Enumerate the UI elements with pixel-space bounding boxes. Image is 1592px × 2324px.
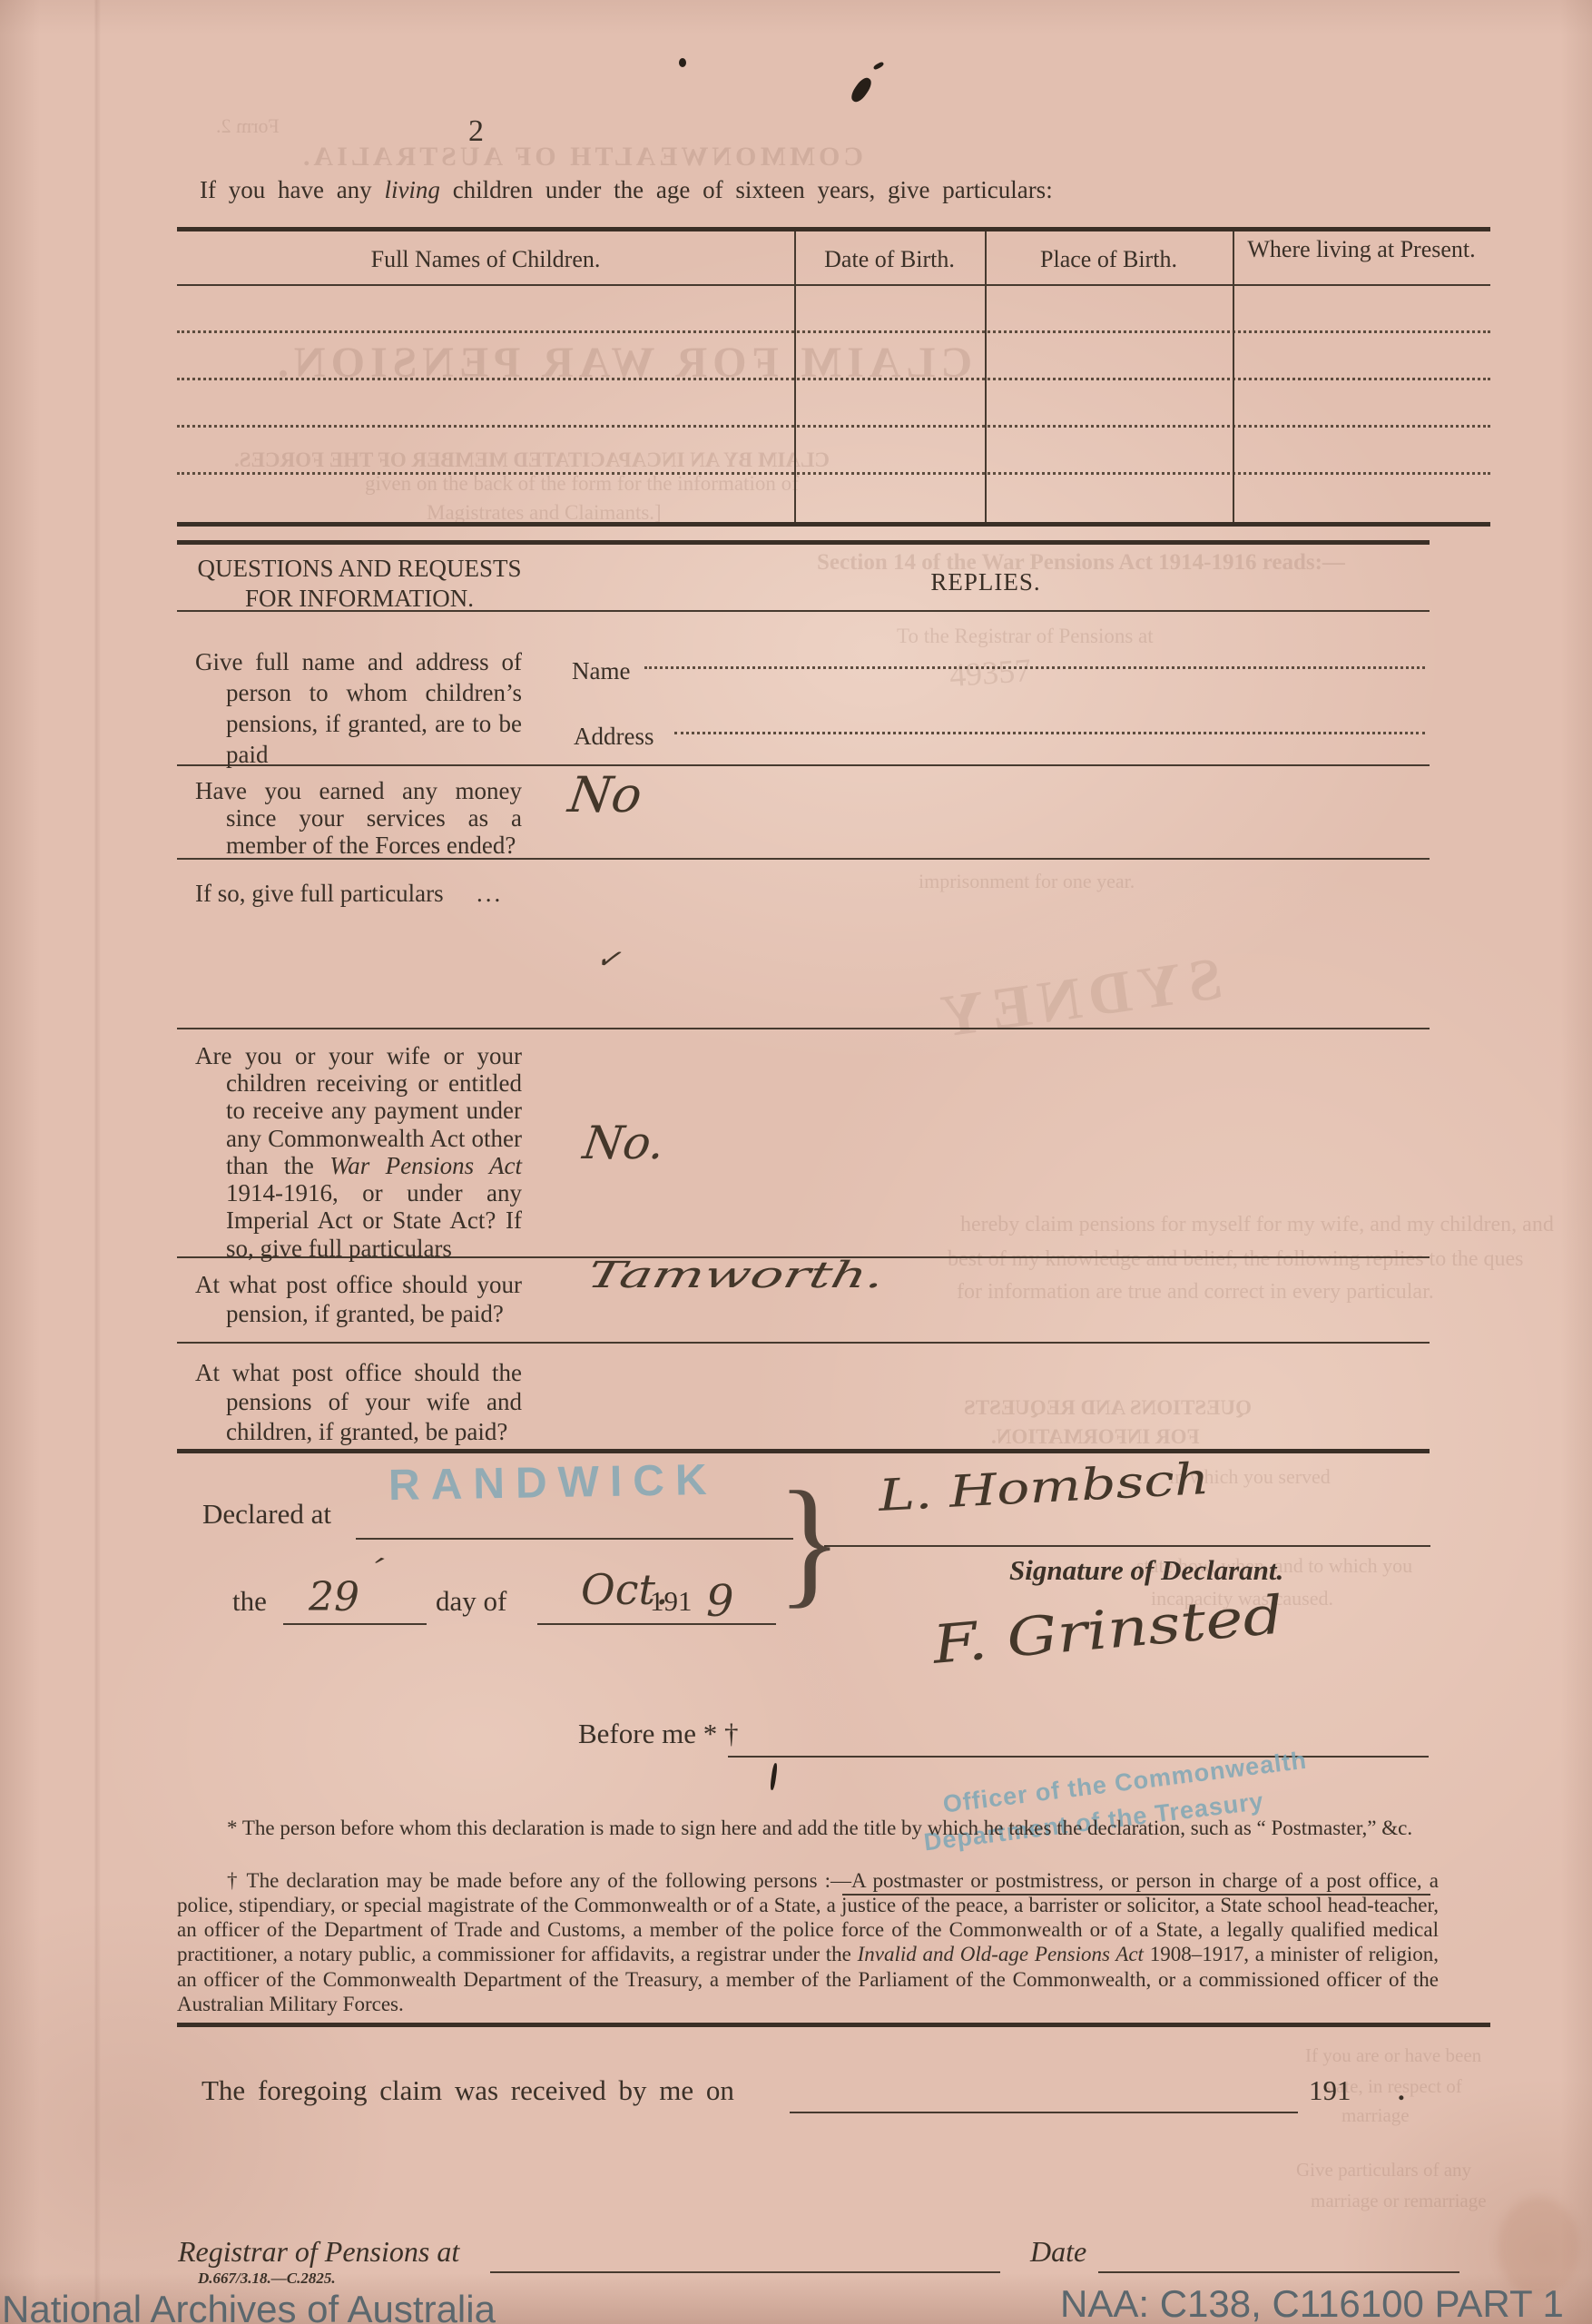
qa-header-replies: REPLIES. [542,568,1430,596]
column-header-where-living: Where living at Present. [1233,231,1490,284]
declared-at-blank-line [356,1538,793,1540]
handwritten-reply: No [565,766,646,823]
received-year-prefix: 191 [1309,2074,1351,2107]
qa-row-post-office-pension: At what post office should your pension,… [177,1258,1430,1344]
ink-blot [679,58,686,67]
column-header-full-names: Full Names of Children. [177,231,794,284]
archive-reference-right: NAA: C138, C116100 PART 1 [1060,2282,1564,2324]
address-blank-line [674,732,1425,734]
name-blank-line [644,666,1425,669]
children-table-empty-row [177,333,1490,380]
name-field-label: Name [572,657,630,685]
children-table: Full Names of Children. Date of Birth. P… [177,227,1490,527]
qa-row-pension-payee: Give full name and address of person to … [177,612,1430,766]
before-me-blank-line [728,1756,1429,1758]
children-table-empty-row [177,286,1490,333]
archive-watermark-left: National Archives of Australia [2,2288,496,2324]
questions-replies-table: QUESTIONS AND REQUESTS FOR INFORMATION. … [177,540,1430,1453]
qa-row-post-office-family: At what post office should the pensions … [177,1344,1430,1453]
date-label: Date [1030,2235,1086,2269]
column-header-place-of-birth: Place of Birth. [985,231,1233,284]
form-code: D.667/3.18.—C.2825. [198,2270,336,2288]
question-text: Are you or your wife or your children re… [177,1029,542,1262]
qa-row-other-payments: Are you or your wife or your children re… [177,1029,1430,1258]
handwritten-day: 29 [309,1574,359,1620]
date-blank-line [1098,2271,1459,2273]
declarant-signature-line [824,1545,1430,1547]
heading-suffix: children under the age of sixteen years,… [440,176,1053,203]
month-blank-line [537,1623,776,1625]
received-period: . [1398,2074,1405,2107]
question-ellipsis: ... [477,880,503,908]
children-table-empty-row [177,428,1490,475]
declared-at-label: Declared at [202,1498,331,1531]
form-heading: If you have any living children under th… [200,176,1053,204]
received-label: The foregoing claim was received by me o… [201,2074,734,2107]
page-number: 2 [468,114,484,149]
table-divider [1233,231,1234,522]
table-divider [794,231,796,522]
question-text: At what post office should the pensions … [177,1344,542,1446]
handwritten-tick: ✓ [594,940,623,977]
question-text: Give full name and address of person to … [177,612,542,770]
footnote-dagger: † The declaration may be made before any… [177,1868,1439,2016]
registrar-blank-line [490,2271,1000,2273]
question-text: Have you earned any money since your ser… [177,766,542,860]
qa-header-line2: FOR INFORMATION. [177,584,542,614]
footnote-act-title: Invalid and Old-age Pensions Act [858,1943,1144,1965]
declaration-brace: } [777,1460,842,1624]
qa-header-line1: QUESTIONS AND REQUESTS [177,554,542,584]
question-text: At what post office should your pension,… [177,1258,542,1329]
question-act-title: War Pensions Act [329,1152,522,1179]
table-divider [985,231,987,522]
children-table-rows [177,286,1490,522]
handwritten-reply: No. [580,1117,668,1169]
bleed-through-text: Give particulars of any [1296,2159,1471,2181]
qa-row-earned-money: Have you earned any money since your ser… [177,766,1430,860]
before-me-reference-marks: * † [703,1718,739,1749]
printed-year-prefix: 191 [650,1585,693,1618]
section-divider-rule [177,2023,1490,2027]
handwritten-reply: Tamworth. [584,1255,889,1296]
bleed-through-text: marriage [1341,2104,1410,2127]
address-field-label: Address [574,723,654,751]
question-part: 1914-1916, or under any Imperial Act or … [226,1179,522,1261]
qa-header-row: QUESTIONS AND REQUESTS FOR INFORMATION. … [177,545,1430,612]
handwritten-year-digit: 9 [706,1576,734,1627]
bleed-through-text: Form 2. [216,114,280,138]
before-me-label: Before me * † [578,1718,738,1750]
signature-caption: Signature of Declarant. [1009,1554,1283,1587]
children-table-empty-row [177,475,1490,522]
column-header-date-of-birth: Date of Birth. [794,231,985,284]
footnote-asterisk: * The person before whom this declaratio… [177,1816,1439,1840]
day-blank-line [283,1623,427,1625]
the-label: the [232,1585,267,1618]
bleed-through-text: marriage or remarriage [1311,2190,1487,2212]
heading-emphasis: living [384,176,440,203]
heading-prefix: If you have any [200,176,384,203]
children-table-empty-row [177,380,1490,428]
qa-row-full-particulars: If so, give full particulars ... ✓ [177,860,1430,1029]
randwick-place-stamp: RANDWICK [388,1455,719,1511]
day-of-label: day of [436,1585,506,1618]
registrar-label: Registrar of Pensions at [178,2235,459,2269]
before-me-text: Before me [578,1718,696,1749]
scanned-form-page: Form 2.COMMONWEALTH OF AUSTRALIA.CLAIM F… [0,0,1592,2324]
children-table-header: Full Names of Children. Date of Birth. P… [177,231,1490,286]
bleed-through-text: COMMONWEALTH OF AUSTRALIA. [300,142,863,172]
qa-header-questions: QUESTIONS AND REQUESTS FOR INFORMATION. [177,554,542,614]
received-date-blank-line [790,2112,1298,2113]
bleed-through-text: If you are or have been [1305,2044,1481,2067]
